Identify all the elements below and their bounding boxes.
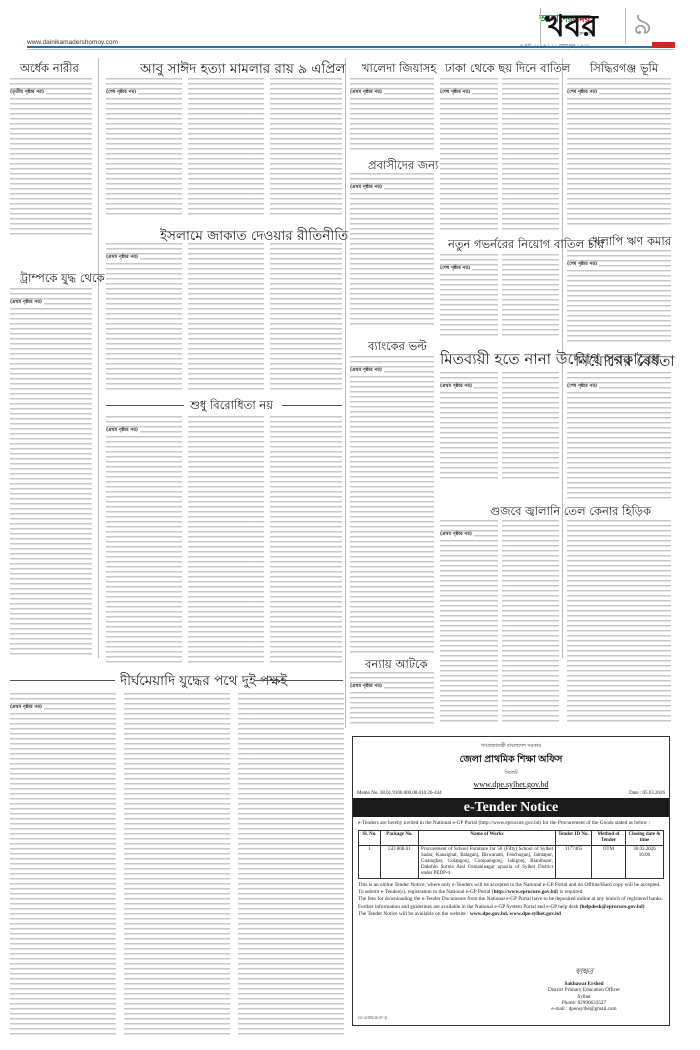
tender-note-2: To submit e-Tender(s), registration in t… [358,889,664,895]
article-niyog-boidhota-body: (শেষ পৃষ্ঠার পর) [567,372,671,502]
article-lead: (প্রথম পৃষ্ঠার পর) [440,384,474,389]
article-abu-sayeed-col2 [188,78,264,216]
article-lead: (প্রথম পৃষ্ঠার পর) [440,532,474,537]
article-lead: (প্রথম পৃষ্ঠার পর) [350,185,384,190]
headline-khaleda-zia[interactable]: খালেদা জিয়াসহ [362,60,436,79]
headline-rule [255,680,343,681]
cell-sl: 1 [359,845,381,878]
headline-siddhirganj[interactable]: সিদ্ধিরগঞ্জ ভূমি [590,60,658,79]
cell-tender-id: 1177465 [556,845,592,878]
divider [625,8,626,44]
tender-date: Date : 05.03.2026 [629,791,665,796]
col-sl: Sl. No. [359,831,381,846]
column-rule [345,58,346,728]
tender-city: সিলেট [353,770,669,778]
ad-code: GC-41093/26 (6"-4) [358,1016,387,1020]
article-gujobe-jalani-col2 [502,520,559,725]
headline-rule [106,405,184,406]
table-row: 1 GD 808.61 Procurement of School Furnit… [359,845,664,878]
article-lead: (প্রথম পৃষ্ঠার পর) [350,684,384,689]
col-works: Name of Works [419,831,556,846]
tender-signature-block: স্বাক্ষর Sakhawat Ershed District Primar… [519,969,649,1012]
tender-note-5: The Tender Notice will be available on t… [358,911,664,917]
col-package: Package No. [381,831,419,846]
article-dhaka-flights-col2 [502,78,559,230]
article-shudhu-birodhita-col1: (প্রথম পৃষ্ঠার পর) [106,416,182,666]
tender-notice-ad: গণপ্রজাতন্ত্রী বাংলাদেশ সরকার জেলা প্রাথ… [352,736,670,1026]
article-siddhirganj-body: (শেষ পৃষ্ঠার পর) [567,78,671,228]
article-ordhek-nari-body: (তৃতীয় পৃষ্ঠার পর) [10,78,92,236]
tender-memo-row: Memo No. 38.01.9100.000.08.010.26-444 Da… [353,789,669,796]
tender-note-4: Further information and guidelines are a… [358,904,664,910]
article-islam-zakat-col1: (প্রথম পৃষ্ঠার পর) [106,243,182,391]
article-lead: (প্রথম পৃষ্ঠার পর) [10,300,44,305]
tender-memo: Memo No. 38.01.9100.000.08.010.26-444 [357,791,442,796]
article-gujobe-jalani-col3 [567,520,671,725]
website-links[interactable]: www.dpe.gov.bd, www.dpe.sylhet.gov.bd [470,911,561,917]
signature-scribble: স্বাক্ষর [519,969,649,981]
column-rule [98,58,99,658]
article-lead: (প্রথম পৃষ্ঠার পর) [350,90,384,95]
tender-notes: This is an online Tender Notice, where o… [353,879,669,917]
article-dirghomeyadi-col3 [238,693,344,1038]
signatory-email[interactable]: e-mail : dpeosylhe@gmail.com [519,1006,649,1012]
tender-banner: e-Tender Notice [353,798,669,817]
header-accent [652,42,675,48]
article-dhaka-flights-col1: (শেষ পৃষ্ঠার পর) [440,78,498,230]
article-lead: (শেষ পৃষ্ঠার পর) [567,384,599,389]
article-islam-zakat-col3 [270,243,342,391]
article-bonyaye-body: (প্রথম পৃষ্ঠার পর) [350,672,434,727]
header-rule [27,46,652,48]
col-tender-id: Tender ID No. [556,831,592,846]
article-lead: (শেষ পৃষ্ঠার পর) [106,90,138,95]
tender-note-3: The fees for downloading the e-Tender Do… [358,896,664,902]
headline-ordhek-nari[interactable]: অর্ধেক নারীর [20,60,79,79]
article-khaleda-zia-body: (প্রথম পৃষ্ঠার পর) [350,78,434,150]
site-url[interactable]: www.dainikamadershomoy.com [27,39,118,46]
article-shudhu-birodhita-col3 [270,416,342,666]
article-shudhu-birodhita-col2 [188,416,264,666]
article-gujobe-jalani-col1: (প্রথম পৃষ্ঠার পর) [440,520,498,725]
article-trump-war-body: (প্রথম পৃষ্ঠার পর) [10,288,92,658]
article-lead: (শেষ পৃষ্ঠার পর) [440,266,472,271]
cell-method: OTM [592,845,626,878]
headline-rule [10,680,115,681]
divider [540,8,541,44]
helpdesk-email-link[interactable]: (helpdesk@eprocure.gov.bd) [580,904,645,910]
headline-trump-war[interactable]: ট্রাম্পকে যুদ্ধ থেকে [20,270,105,289]
eprocure-link[interactable]: http://www.eprocure.gov.bd [494,889,557,895]
col-method: Method of Tender [592,831,626,846]
note-text: The Tender Notice will be available on t… [358,911,470,917]
headline-shudhu-birodhita[interactable]: শুধু বিরোধিতা নয় [190,397,273,416]
article-lead: (শেষ পৃষ্ঠার পর) [567,90,599,95]
article-lead: (প্রথম পৃষ্ঠার পর) [106,428,140,433]
cell-works: Procurement of School Furniture for 50 (… [419,845,556,878]
article-lead: (প্রথম পৃষ্ঠার পর) [106,255,140,260]
article-khelapi-loan-body: (শেষ পৃষ্ঠার পর) [567,250,671,345]
headline-dirghomeyadi[interactable]: দীর্ঘমেয়াদি যুদ্ধের পথে দুই পক্ষই [120,670,287,693]
article-abu-sayeed-col3 [270,78,342,216]
article-lead: (তৃতীয় পৃষ্ঠার পর) [10,90,46,95]
headline-bank-vault[interactable]: ব্যাংকের ভল্ট [368,338,427,357]
article-new-governor-col1: (শেষ পৃষ্ঠার পর) [440,254,498,339]
note-text: Further information and guidelines are a… [358,904,578,910]
cell-closing: 30.03.2026 16:00 [626,845,664,878]
col-closing: Closing date & time [626,831,664,846]
article-bank-vault-body: (প্রথম পৃষ্ঠার পর) [350,356,434,656]
tender-office: জেলা প্রাথমিক শিক্ষা অফিস [353,753,669,768]
article-probashi-body: (প্রথম পৃষ্ঠার পর) [350,173,434,328]
header-rule-light [27,49,675,50]
tender-note-1: This is an online Tender Notice, where o… [358,882,664,888]
cell-package: GD 808.61 [381,845,419,878]
masthead: www.dainikamadershomoy.com আমাদেরসময় শু… [0,0,700,52]
article-dirghomeyadi-col1: (প্রথম পৃষ্ঠার পর) [10,693,116,1038]
tender-table-header: Sl. No. Package No. Name of Works Tender… [359,831,664,846]
article-abu-sayeed-col1: (শেষ পৃষ্ঠার পর) [106,78,182,216]
article-mitobyayi-col1: (প্রথম পৃষ্ঠার পর) [440,372,498,482]
tender-table: Sl. No. Package No. Name of Works Tender… [358,830,664,879]
article-lead: (শেষ পৃষ্ঠার পর) [567,262,599,267]
note-text: ) is required. [557,889,584,895]
section-title: খবর [545,10,598,44]
article-lead: (শেষ পৃষ্ঠার পর) [440,90,472,95]
article-lead: (প্রথম পৃষ্ঠার পর) [350,368,384,373]
note-text: To submit e-Tender(s), registration in t… [358,889,494,895]
headline-rule [282,405,342,406]
page-number: ৯ [633,8,652,42]
article-islam-zakat-col2 [188,243,264,391]
headline-dhaka-flights[interactable]: ঢাকা থেকে ছয় দিনে বাতিল [445,60,570,79]
tender-intro: e-Tenders are hereby invited in the Nati… [353,817,669,826]
article-mitobyayi-col2 [502,372,559,482]
tender-website-link[interactable]: www.dpe.sylhet.gov.bd [353,780,669,789]
article-dirghomeyadi-col2 [124,693,230,1038]
article-new-governor-col2 [502,254,559,339]
tender-government: গণপ্রজাতন্ত্রী বাংলাদেশ সরকার [353,743,669,751]
article-lead: (প্রথম পৃষ্ঠার পর) [10,705,44,710]
